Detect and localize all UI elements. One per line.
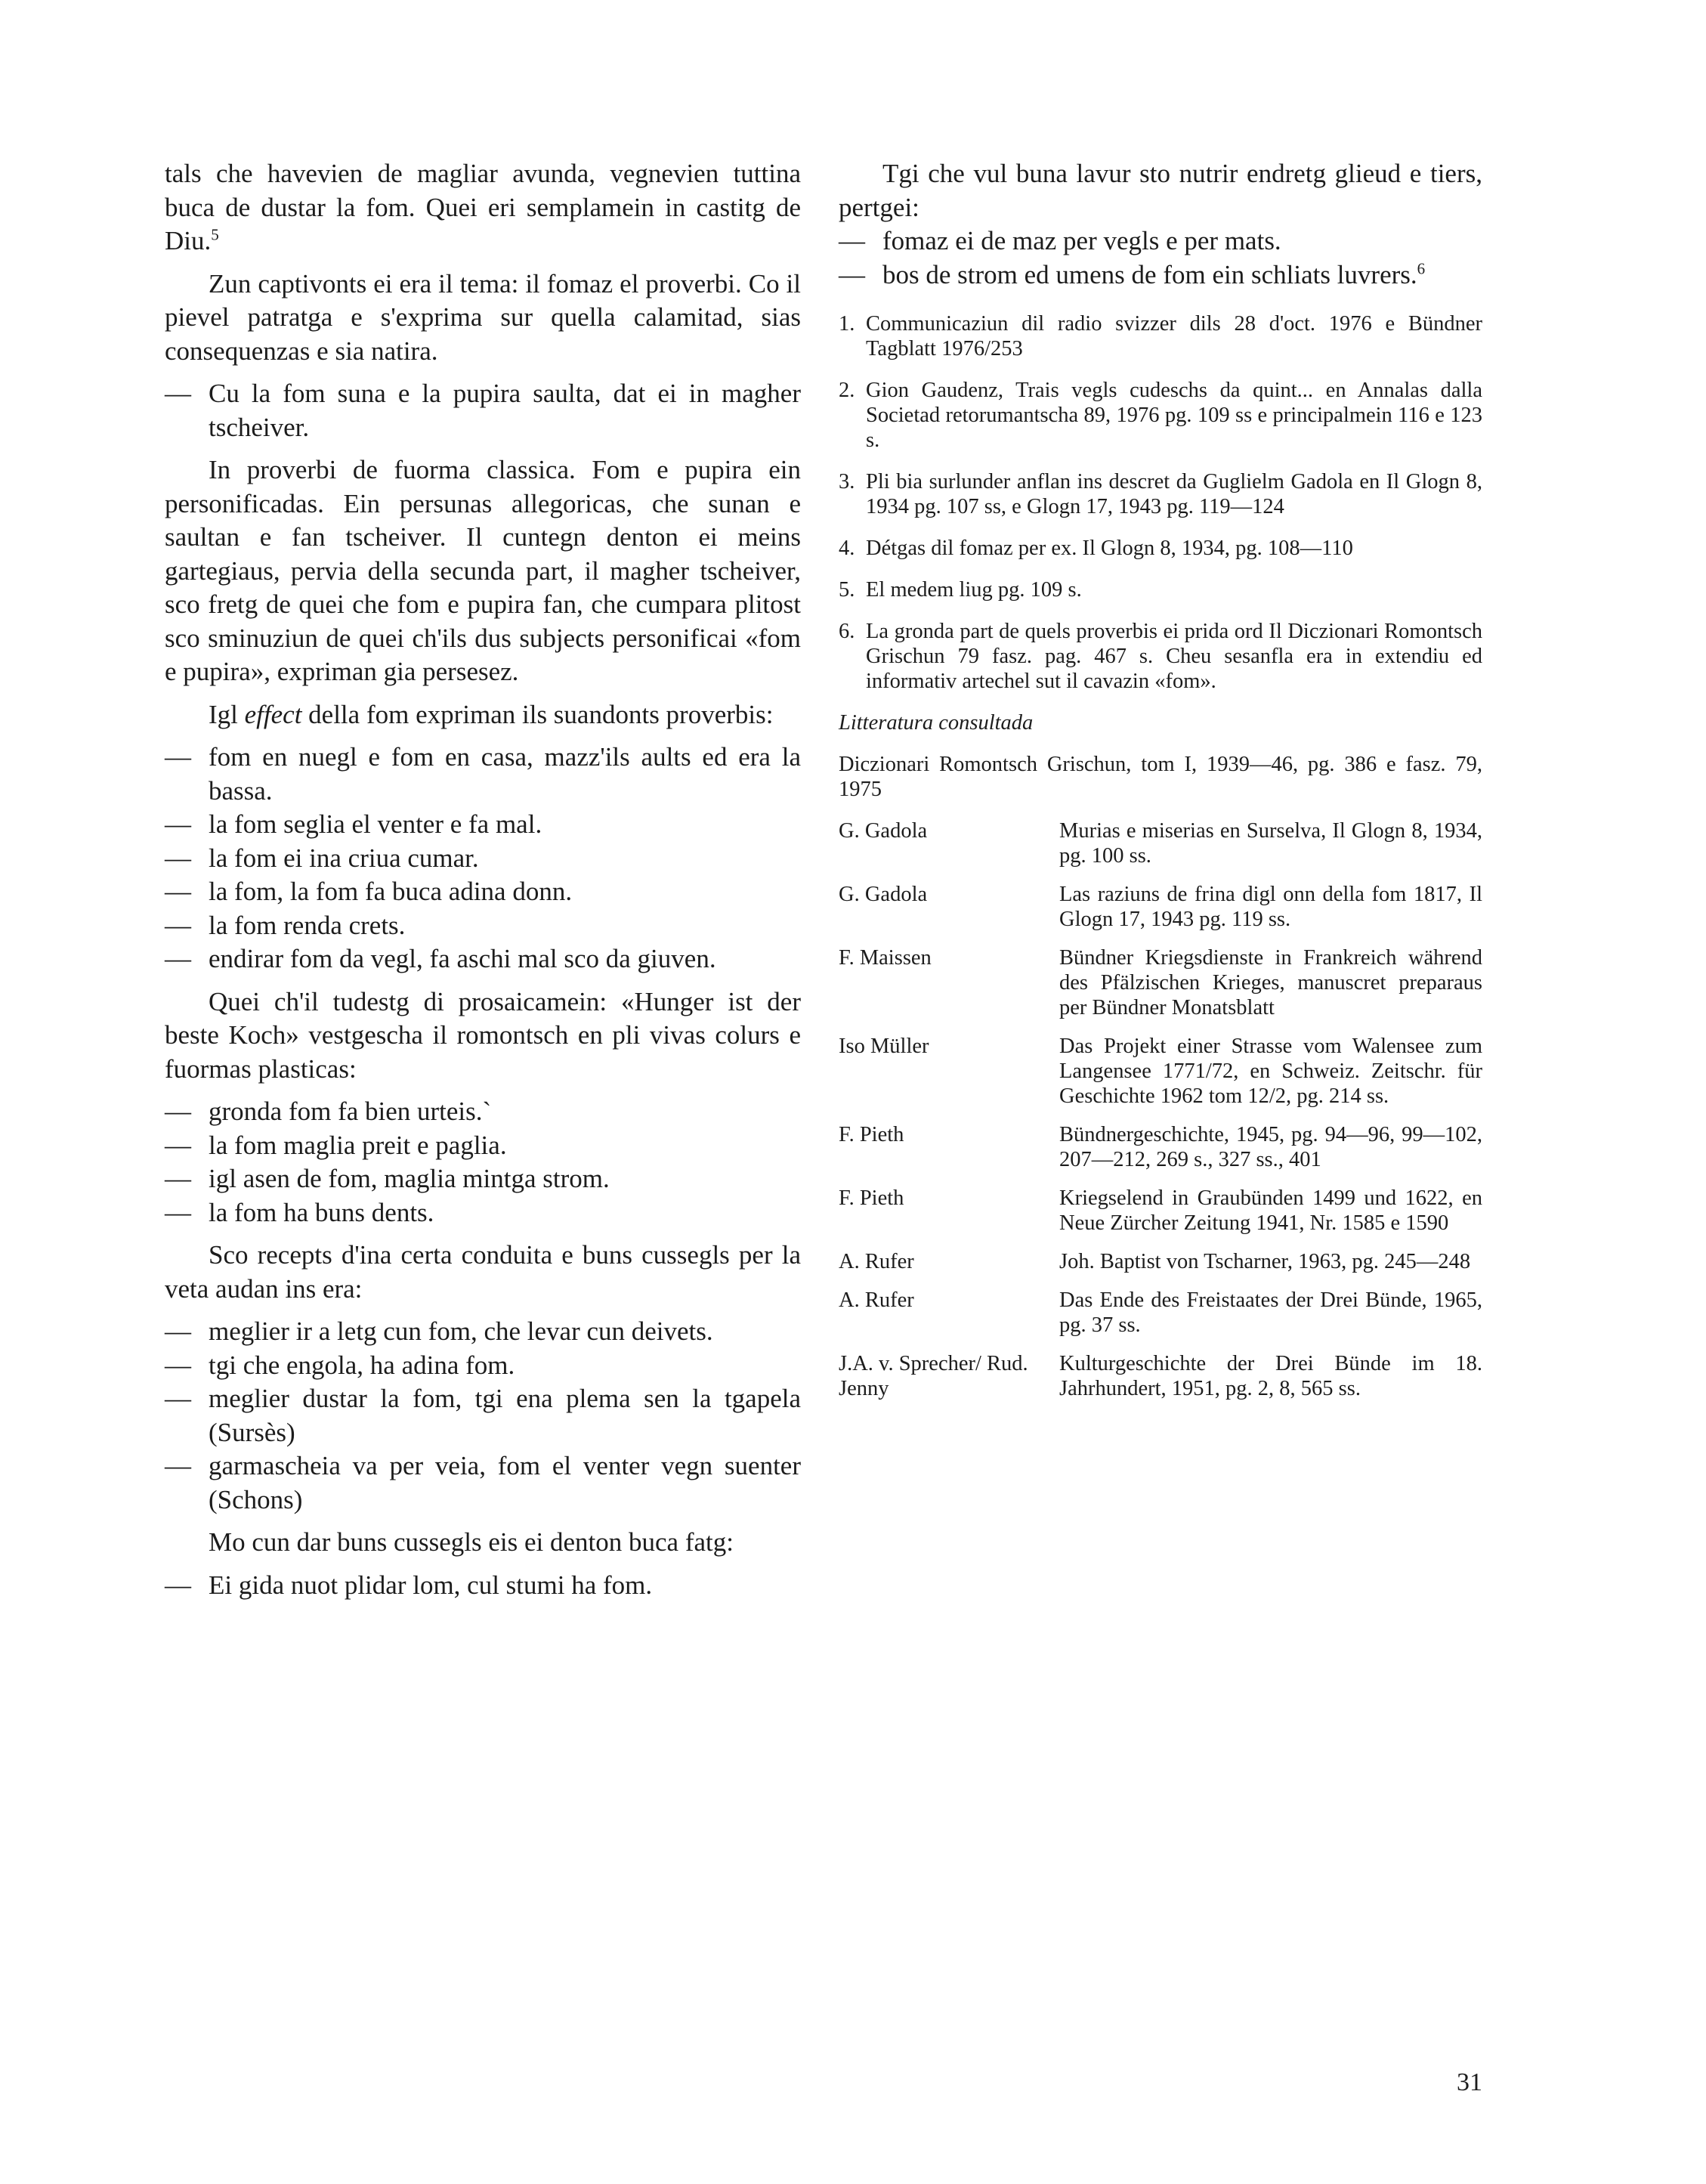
- dash-marker: —: [165, 1349, 191, 1383]
- literature-entry: G. GadolaLas raziuns de frina digl onn d…: [839, 882, 1482, 932]
- left-column: tals che havevien de magliar avunda, veg…: [165, 157, 801, 1611]
- literature-title: Das Ende des Freistaates der Drei Bünde,…: [1059, 1288, 1482, 1338]
- proverb-text: Ei gida nuot plidar lom, cul stumi ha fo…: [209, 1570, 652, 1600]
- literature-title: Kriegselend in Graubünden 1499 und 1622,…: [1059, 1186, 1482, 1236]
- proverb-item: —meglier ir a letg cun fom, che levar cu…: [165, 1315, 801, 1349]
- proverb-text: fomaz ei de maz per vegls e per mats.: [882, 226, 1281, 255]
- dash-marker: —: [165, 377, 191, 411]
- literature-entry: Iso MüllerDas Projekt einer Strasse vom …: [839, 1034, 1482, 1109]
- proverb-text: tgi che engola, ha adina fom.: [209, 1350, 515, 1380]
- footnote: 1.Communicaziun dil radio svizzer dils 2…: [839, 311, 1482, 361]
- footnote-text: El medem liug pg. 109 s.: [866, 578, 1082, 602]
- paragraph: Zun captivonts ei era il tema: il fomaz …: [165, 268, 801, 369]
- footnotes: 1.Communicaziun dil radio svizzer dils 2…: [839, 311, 1482, 1401]
- literature-entry: F. PiethKriegselend in Graubünden 1499 u…: [839, 1186, 1482, 1236]
- footnote-text: Communicaziun dil radio svizzer dils 28 …: [866, 312, 1482, 360]
- dash-marker: —: [165, 1196, 191, 1230]
- footnote-number: 4.: [839, 536, 855, 561]
- proverb-item: —meglier dustar la fom, tgi ena plema se…: [165, 1382, 801, 1449]
- literature-entry: G. GadolaMurias e miserias en Surselva, …: [839, 818, 1482, 868]
- footnote-ref: 5: [211, 225, 219, 243]
- proverb-item: —la fom maglia preit e paglia.: [165, 1129, 801, 1163]
- footnote-number: 1.: [839, 311, 855, 336]
- literature-author: J.A. v. Sprecher/ Rud. Jenny: [839, 1351, 1059, 1401]
- literature-title: Bündnergeschichte, 1945, pg. 94—96, 99—1…: [1059, 1122, 1482, 1172]
- literature-author: F. Pieth: [839, 1186, 1059, 1236]
- dash-marker: —: [165, 808, 191, 842]
- proverb-item: —igl asen de fom, maglia mintga strom.: [165, 1162, 801, 1196]
- proverb-text: la fom renda crets.: [209, 911, 405, 940]
- footnote-text: Détgas dil fomaz per ex. Il Glogn 8, 193…: [866, 537, 1353, 560]
- proverb-item: —la fom renda crets.: [165, 909, 801, 943]
- proverb-text: meglier dustar la fom, tgi ena plema sen…: [209, 1384, 801, 1447]
- dash-marker: —: [165, 1162, 191, 1196]
- footnote-number: 6.: [839, 619, 855, 644]
- literature-title: Las raziuns de frina digl onn della fom …: [1059, 882, 1482, 932]
- proverb-list: —meglier ir a letg cun fom, che levar cu…: [165, 1315, 801, 1517]
- proverb-text: meglier ir a letg cun fom, che levar cun…: [209, 1316, 713, 1346]
- paragraph: Sco recepts d'ina certa conduita e buns …: [165, 1239, 801, 1306]
- dash-marker: —: [165, 1382, 191, 1416]
- proverb-list: —fom en nuegl e fom en casa, mazz'ils au…: [165, 741, 801, 976]
- literature-author: F. Pieth: [839, 1122, 1059, 1172]
- literature-author: A. Rufer: [839, 1288, 1059, 1338]
- proverb-list: —fomaz ei de maz per vegls e per mats.—b…: [839, 224, 1482, 292]
- proverb-item: —garmascheia va per veia, fom el venter …: [165, 1449, 801, 1517]
- literature-author: G. Gadola: [839, 818, 1059, 868]
- dash-marker: —: [839, 258, 865, 292]
- proverb-text: la fom seglia el venter e fa mal.: [209, 809, 542, 839]
- proverb-text: fom en nuegl e fom en casa, mazz'ils aul…: [209, 742, 801, 806]
- proverb-text: gronda fom fa bien urteis.`: [209, 1097, 491, 1126]
- proverb-text: la fom, la fom fa buca adina donn.: [209, 877, 572, 906]
- dash-marker: —: [165, 1569, 191, 1603]
- proverb-text: bos de strom ed umens de fom ein schliat…: [882, 260, 1417, 289]
- proverb-item: —Cu la fom suna e la pupira saulta, dat …: [165, 377, 801, 444]
- footnote-number: 2.: [839, 378, 855, 403]
- literature-author: Iso Müller: [839, 1034, 1059, 1109]
- literature-title: Murias e miserias en Surselva, Il Glogn …: [1059, 818, 1482, 868]
- right-column: Tgi che vul buna lavur sto nutrir endret…: [839, 157, 1482, 1415]
- proverb-text: la fom ei ina criua cumar.: [209, 843, 479, 873]
- proverb-item: —la fom seglia el venter e fa mal.: [165, 808, 801, 842]
- dash-marker: —: [165, 875, 191, 909]
- footnote: 6.La gronda part de quels proverbis ei p…: [839, 619, 1482, 694]
- literature-list: G. GadolaMurias e miserias en Surselva, …: [839, 818, 1482, 1401]
- literature-title: Bündner Kriegsdienste in Frankreich währ…: [1059, 945, 1482, 1020]
- proverb-item: —endirar fom da vegl, fa aschi mal sco d…: [165, 942, 801, 976]
- paragraph: tals che havevien de magliar avunda, veg…: [165, 157, 801, 258]
- proverb-text: Cu la fom suna e la pupira saulta, dat e…: [209, 379, 801, 442]
- proverb-text: garmascheia va per veia, fom el venter v…: [209, 1451, 801, 1514]
- proverb-list: —Ei gida nuot plidar lom, cul stumi ha f…: [165, 1569, 801, 1603]
- proverb-text: la fom ha buns dents.: [209, 1198, 434, 1227]
- proverb-item: —la fom, la fom fa buca adina donn.: [165, 875, 801, 909]
- literature-entry: A. RuferJoh. Baptist von Tscharner, 1963…: [839, 1249, 1482, 1274]
- dash-marker: —: [165, 1129, 191, 1163]
- literature-title: Joh. Baptist von Tscharner, 1963, pg. 24…: [1059, 1249, 1482, 1274]
- literature-entry: J.A. v. Sprecher/ Rud. JennyKulturgeschi…: [839, 1351, 1482, 1401]
- proverb-list: —gronda fom fa bien urteis.`—la fom magl…: [165, 1095, 801, 1230]
- proverb-text: la fom maglia preit e paglia.: [209, 1131, 507, 1160]
- footnote-number: 3.: [839, 469, 855, 494]
- paragraph: In proverbi de fuorma classica. Fom e pu…: [165, 453, 801, 689]
- footnote: 3.Pli bia surlunder anflan ins descret d…: [839, 469, 1482, 519]
- proverb-item: —la fom ha buns dents.: [165, 1196, 801, 1230]
- literature-intro: Diczionari Romontsch Grischun, tom I, 19…: [839, 752, 1482, 802]
- paragraph: Mo cun dar buns cussegls eis ei denton b…: [165, 1526, 801, 1560]
- dash-marker: —: [165, 1095, 191, 1129]
- literature-entry: F. MaissenBündner Kriegsdienste in Frank…: [839, 945, 1482, 1020]
- literature-heading: Litteratura consultada: [839, 710, 1482, 735]
- dash-marker: —: [165, 942, 191, 976]
- dash-marker: —: [165, 1449, 191, 1483]
- literature-author: A. Rufer: [839, 1249, 1059, 1274]
- literature-author: G. Gadola: [839, 882, 1059, 932]
- footnote-list: 1.Communicaziun dil radio svizzer dils 2…: [839, 311, 1482, 694]
- proverb-list: —Cu la fom suna e la pupira saulta, dat …: [165, 377, 801, 444]
- footnote: 2.Gion Gaudenz, Trais vegls cudeschs da …: [839, 378, 1482, 453]
- italic-term: effect: [245, 700, 302, 729]
- dash-marker: —: [165, 741, 191, 775]
- dash-marker: —: [839, 224, 865, 258]
- footnote-text: La gronda part de quels proverbis ei pri…: [866, 620, 1482, 693]
- footnote-number: 5.: [839, 577, 855, 602]
- proverb-item: —la fom ei ina criua cumar.: [165, 842, 801, 876]
- footnote-text: Gion Gaudenz, Trais vegls cudeschs da qu…: [866, 379, 1482, 452]
- footnote-ref: 6: [1417, 259, 1426, 277]
- proverb-text: endirar fom da vegl, fa aschi mal sco da…: [209, 944, 716, 973]
- proverb-item: —Ei gida nuot plidar lom, cul stumi ha f…: [165, 1569, 801, 1603]
- proverb-text: igl asen de fom, maglia mintga strom.: [209, 1164, 610, 1193]
- dash-marker: —: [165, 909, 191, 943]
- footnote: 5.El medem liug pg. 109 s.: [839, 577, 1482, 602]
- paragraph: Tgi che vul buna lavur sto nutrir endret…: [839, 157, 1482, 224]
- proverb-item: —fom en nuegl e fom en casa, mazz'ils au…: [165, 741, 801, 808]
- footnote: 4.Détgas dil fomaz per ex. Il Glogn 8, 1…: [839, 536, 1482, 561]
- literature-entry: F. PiethBündnergeschichte, 1945, pg. 94—…: [839, 1122, 1482, 1172]
- literature-author: F. Maissen: [839, 945, 1059, 1020]
- paragraph: Quei ch'il tudestg di prosaicamein: «Hun…: [165, 985, 801, 1087]
- paragraph: Igl effect della fom expriman ils suando…: [165, 698, 801, 732]
- page-number: 31: [1457, 2068, 1482, 2098]
- footnote-text: Pli bia surlunder anflan ins descret da …: [866, 470, 1482, 518]
- right-body: Tgi che vul buna lavur sto nutrir endret…: [839, 157, 1482, 292]
- dash-marker: —: [165, 1315, 191, 1349]
- literature-entry: A. RuferDas Ende des Freistaates der Dre…: [839, 1288, 1482, 1338]
- literature-title: Kulturgeschichte der Drei Bünde im 18. J…: [1059, 1351, 1482, 1401]
- proverb-item: —bos de strom ed umens de fom ein schlia…: [839, 258, 1482, 292]
- proverb-item: —fomaz ei de maz per vegls e per mats.: [839, 224, 1482, 258]
- dash-marker: —: [165, 842, 191, 876]
- literature-title: Das Projekt einer Strasse vom Walensee z…: [1059, 1034, 1482, 1109]
- proverb-item: —tgi che engola, ha adina fom.: [165, 1349, 801, 1383]
- proverb-item: —gronda fom fa bien urteis.`: [165, 1095, 801, 1129]
